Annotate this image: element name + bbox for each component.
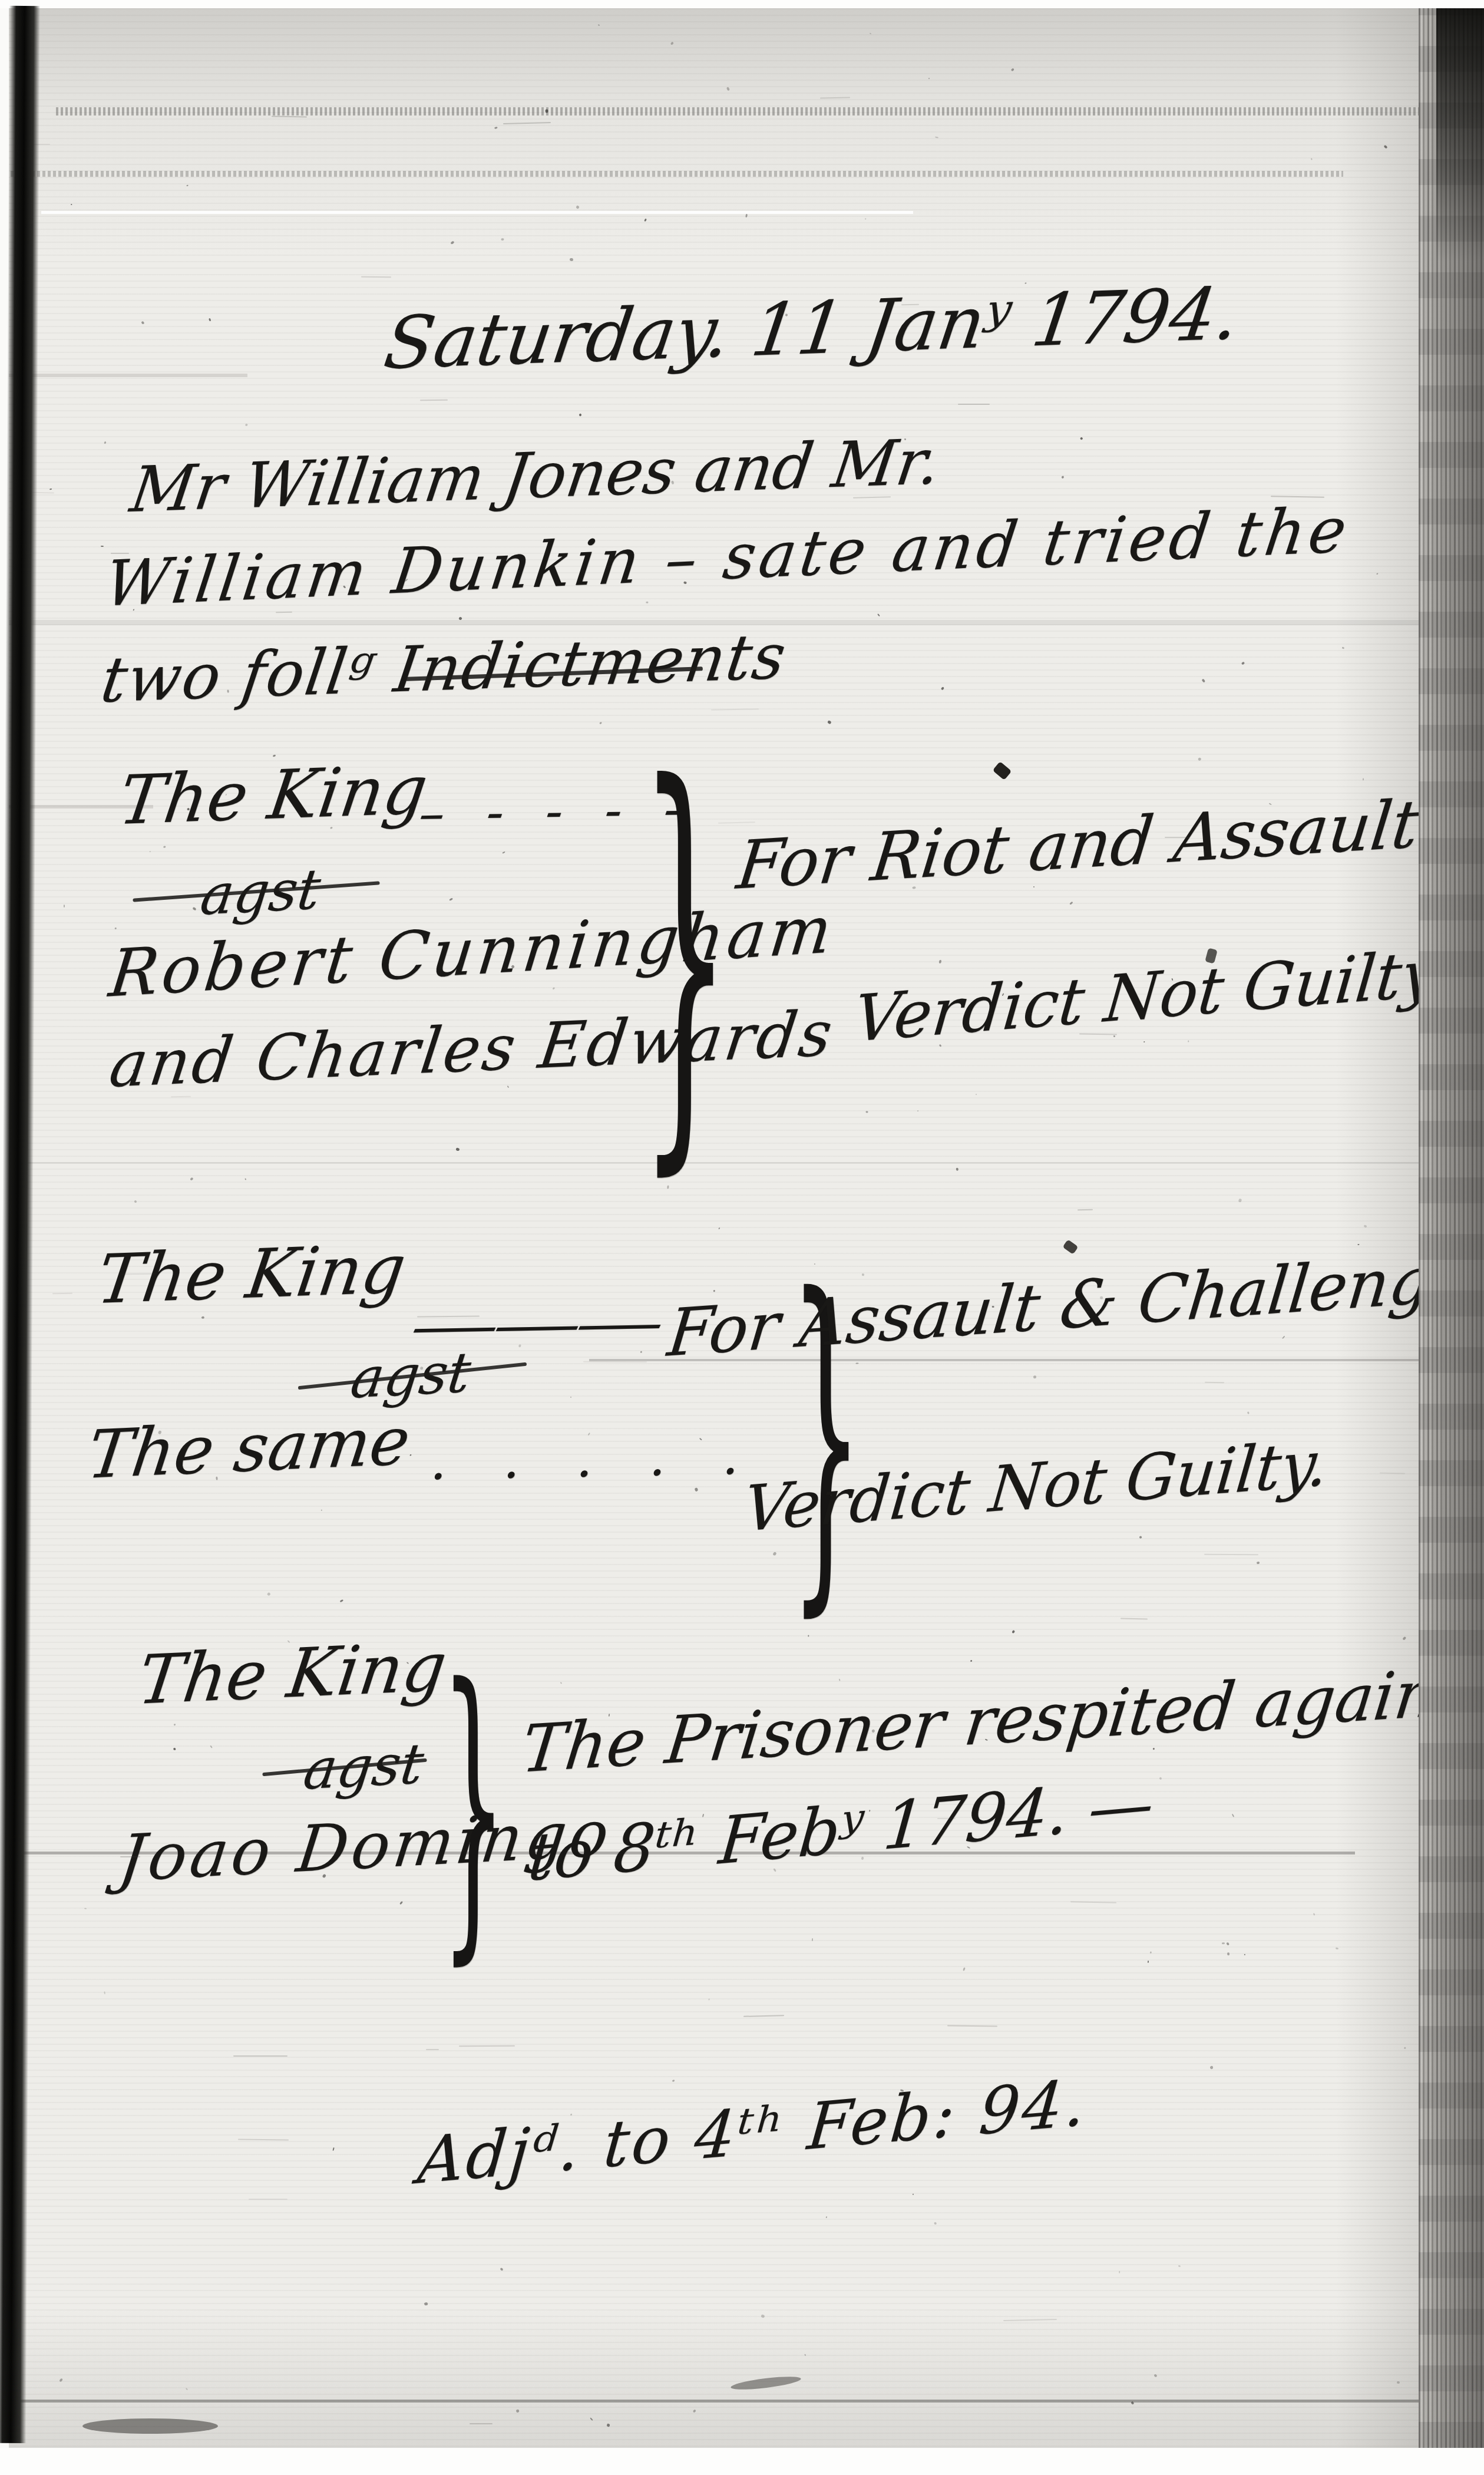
- paper-speck: [928, 78, 929, 80]
- paper-speck: [1113, 1035, 1115, 1037]
- paper-speck: [409, 1454, 412, 1456]
- paper-speck: [185, 2388, 187, 2390]
- case-2-defendant-dots: . . . . .: [429, 1428, 758, 1489]
- paper-speck: [149, 850, 150, 852]
- paper-speck: [64, 904, 65, 907]
- paper-speck: [1119, 2271, 1120, 2273]
- paper-speck: [515, 2409, 520, 2413]
- grime-streak: [0, 171, 1343, 177]
- paper-fiber: [233, 2055, 287, 2057]
- paper-speck: [1152, 1748, 1155, 1750]
- paper-speck: [575, 205, 579, 209]
- paper-speck: [173, 1724, 176, 1725]
- paper-fiber: [469, 2423, 492, 2424]
- paper-fiber: [459, 2045, 515, 2046]
- paper-speck: [392, 1448, 394, 1450]
- fore-edge-pages: [1419, 8, 1484, 2448]
- paper-speck: [186, 184, 189, 186]
- paper-speck: [855, 1363, 859, 1364]
- paper-speck: [1403, 2047, 1406, 2050]
- pencil-line: [0, 2400, 1484, 2403]
- paper-speck: [1364, 1225, 1367, 1228]
- paper-speck: [1222, 1942, 1225, 1944]
- paper-speck: [590, 2418, 593, 2421]
- paper-speck: [877, 613, 880, 616]
- adjournment-line: Adjᵈ. to 4ᵗʰ Feb: 94.: [415, 2069, 1090, 2195]
- paper-fiber: [1204, 1553, 1258, 1555]
- paper-fiber: [238, 2139, 289, 2140]
- paper-speck: [1062, 476, 1065, 478]
- paper-speck: [976, 1094, 977, 1095]
- paper-speck: [746, 214, 748, 218]
- paper-fiber: [52, 1293, 72, 1294]
- smudge: [82, 2418, 218, 2434]
- paper-speck: [773, 1552, 777, 1556]
- case-1-brace: }: [639, 792, 731, 1118]
- paper-speck: [1100, 1296, 1103, 1299]
- paper-speck: [1033, 1375, 1037, 1378]
- paper-speck: [1143, 1041, 1145, 1043]
- paper-speck: [104, 441, 107, 444]
- paper-speck: [812, 1938, 813, 1942]
- date-heading: Saturday. 11 Janʸ 1794.: [380, 276, 1244, 381]
- paper-speck: [870, 32, 872, 34]
- paper-speck: [825, 2216, 827, 2218]
- paper-fiber: [711, 708, 759, 710]
- paper-speck: [560, 1682, 563, 1684]
- case-1-plaintiff: The King: [115, 754, 432, 836]
- paper-speck: [839, 1679, 841, 1681]
- paper-speck: [1202, 678, 1206, 682]
- paper-speck: [1080, 437, 1083, 440]
- paper-speck: [227, 689, 229, 693]
- case-2-defendant-1: The same: [84, 1407, 414, 1490]
- paper-speck: [1403, 1636, 1407, 1641]
- paper-speck: [1313, 1913, 1314, 1916]
- paper-speck: [935, 137, 938, 138]
- paper-speck: [1226, 1942, 1229, 1945]
- paper-speck: [1376, 573, 1378, 575]
- paper-fiber: [1003, 2319, 1057, 2321]
- paper-speck: [1238, 1198, 1242, 1202]
- ink-blot: [1062, 1239, 1078, 1255]
- paper-speck: [808, 1635, 809, 1636]
- paper-speck: [1178, 2265, 1181, 2267]
- paper-speck: [340, 1599, 344, 1603]
- paper-speck: [70, 203, 72, 204]
- case-3-brace: }: [441, 1689, 506, 1923]
- paper-fiber: [249, 2199, 287, 2200]
- paper-speck: [163, 846, 166, 849]
- ink-blot: [993, 761, 1012, 780]
- paper-speck: [579, 413, 582, 417]
- paper-fiber: [1205, 1382, 1224, 1384]
- paper-speck: [644, 218, 647, 222]
- paper-speck: [970, 1659, 972, 1661]
- paper-fiber: [111, 553, 129, 554]
- paper-speck: [173, 1748, 176, 1750]
- paper-speck: [494, 127, 498, 130]
- paper-speck: [1115, 1018, 1116, 1020]
- paper-speck: [865, 218, 867, 220]
- paper-fiber: [1380, 1473, 1405, 1474]
- paper-speck: [332, 2147, 335, 2151]
- paper-speck: [1011, 68, 1014, 72]
- paper-speck: [865, 1111, 868, 1113]
- paper-speck: [1198, 757, 1202, 761]
- paper-speck: [938, 960, 941, 963]
- case-3-disposition-1: The Prisoner respited again: [518, 1659, 1440, 1784]
- paper-speck: [1188, 1041, 1189, 1042]
- intro-line-1: Mr William Jones and Mr.: [127, 428, 944, 523]
- paper-fiber: [1078, 1209, 1093, 1210]
- case-2-charge: For Assault & Challenge.: [665, 1242, 1484, 1368]
- paper-speck: [424, 2302, 428, 2305]
- paper-speck: [1244, 1954, 1245, 1955]
- paper-speck: [1033, 886, 1034, 888]
- paper-speck: [718, 1227, 720, 1229]
- paper-speck: [244, 1178, 247, 1180]
- paper-speck: [713, 1289, 715, 1292]
- paper-speck: [115, 928, 117, 929]
- paper-speck: [553, 987, 556, 990]
- paper-speck: [1231, 1813, 1234, 1817]
- paper-fiber: [937, 1817, 956, 1819]
- paper-speck: [451, 241, 455, 245]
- smudge: [730, 2374, 801, 2392]
- paper-speck: [761, 2314, 765, 2318]
- paper-speck: [1335, 1947, 1338, 1949]
- paper-speck: [934, 2222, 937, 2225]
- paper-speck: [570, 258, 573, 261]
- paper-speck: [599, 721, 602, 724]
- paper-speck: [597, 24, 600, 27]
- paper-speck: [456, 1147, 460, 1151]
- paper-speck: [201, 1316, 204, 1318]
- paper-fiber: [583, 1361, 647, 1362]
- paper-speck: [210, 1745, 213, 1748]
- paper-speck: [1227, 1952, 1229, 1955]
- paper-fiber: [1070, 1901, 1116, 1903]
- paper-speck: [502, 852, 505, 854]
- white-scratch: [41, 211, 913, 214]
- paper-speck: [1148, 1960, 1149, 1962]
- manuscript-page: Saturday. 11 Janʸ 1794. Mr William Jones…: [0, 0, 1484, 2475]
- case-1-verdict: Verdict Not Guilty.: [851, 939, 1452, 1053]
- paper-speck: [672, 2080, 675, 2081]
- paper-fiber: [718, 821, 755, 823]
- paper-fiber: [1121, 1618, 1148, 1619]
- paper-speck: [956, 1167, 959, 1170]
- paper-speck: [1311, 158, 1313, 160]
- paper-fiber: [503, 122, 551, 124]
- paper-speck: [570, 1397, 571, 1398]
- paper-speck: [913, 2194, 914, 2196]
- paper-speck: [244, 424, 247, 427]
- paper-speck: [1154, 2374, 1158, 2378]
- paper-fiber: [820, 97, 850, 98]
- paper-speck: [1159, 1777, 1162, 1780]
- paper-speck: [1363, 778, 1364, 781]
- paper-speck: [104, 1991, 106, 1995]
- paper-speck: [507, 1085, 509, 1088]
- paper-speck: [670, 41, 674, 45]
- paper-speck: [827, 720, 831, 724]
- paper-speck: [726, 87, 730, 91]
- fore-edge-corner-shadow: [1436, 8, 1484, 262]
- paper-speck: [101, 546, 104, 547]
- paper-speck: [501, 239, 504, 241]
- paper-speck: [695, 1487, 699, 1491]
- paper-speck: [646, 602, 648, 603]
- paper-speck: [190, 1177, 194, 1181]
- paper-speck: [667, 1185, 669, 1189]
- paper-speck: [683, 581, 687, 584]
- paper: Saturday. 11 Janʸ 1794. Mr William Jones…: [0, 8, 1484, 2448]
- paper-fiber: [361, 276, 391, 277]
- paper-speck: [1282, 1335, 1285, 1339]
- case-3-disposition-2: to 8ᵗʰ Febʸ 1794. —: [525, 1769, 1156, 1893]
- paper-speck: [1241, 662, 1245, 665]
- paper-speck: [140, 321, 144, 325]
- paper-fiber: [276, 612, 292, 613]
- paper-speck: [1257, 1562, 1260, 1565]
- paper-speck: [449, 897, 452, 900]
- paper-fiber: [425, 2049, 438, 2050]
- paper-speck: [1012, 1630, 1014, 1633]
- case-3-plaintiff: The King: [134, 1631, 451, 1715]
- paper-speck: [1357, 1244, 1359, 1245]
- paper-fiber: [272, 116, 307, 118]
- paper-fiber: [958, 404, 990, 405]
- paper-fiber: [743, 2015, 784, 2017]
- paper-speck: [1139, 1536, 1142, 1539]
- paper-speck: [59, 2378, 62, 2382]
- paper-speck: [192, 907, 196, 910]
- paper-speck: [215, 1477, 217, 1480]
- paper-speck: [606, 2423, 610, 2427]
- faint-line: [0, 1162, 1484, 1164]
- grime-streak: [56, 107, 1435, 115]
- paper-speck: [1383, 145, 1387, 149]
- paper-speck: [962, 1967, 965, 1971]
- paper-speck: [917, 1110, 918, 1111]
- paper-speck: [134, 1200, 137, 1203]
- paper-fiber: [947, 2025, 997, 2027]
- paper-speck: [1069, 902, 1073, 906]
- paper-speck: [941, 687, 944, 690]
- paper-speck: [1247, 1411, 1249, 1414]
- paper-speck: [708, 1998, 709, 2000]
- paper-speck: [1397, 2381, 1400, 2384]
- paper-speck: [1149, 1952, 1152, 1954]
- paper-speck: [321, 1510, 322, 1511]
- paper-speck: [805, 2354, 807, 2356]
- paper-speck: [84, 1908, 87, 1909]
- paper-speck: [693, 2409, 696, 2413]
- paper-speck: [49, 488, 52, 490]
- paper-speck: [267, 1592, 272, 1596]
- paper-fiber: [420, 400, 448, 401]
- paper-speck: [209, 318, 211, 322]
- paper-speck: [1210, 2065, 1214, 2070]
- case-1-charge: For Riot and Assault: [733, 790, 1422, 901]
- paper-speck: [500, 2268, 504, 2271]
- paper-speck: [1341, 646, 1344, 649]
- paper-speck: [400, 1901, 404, 1905]
